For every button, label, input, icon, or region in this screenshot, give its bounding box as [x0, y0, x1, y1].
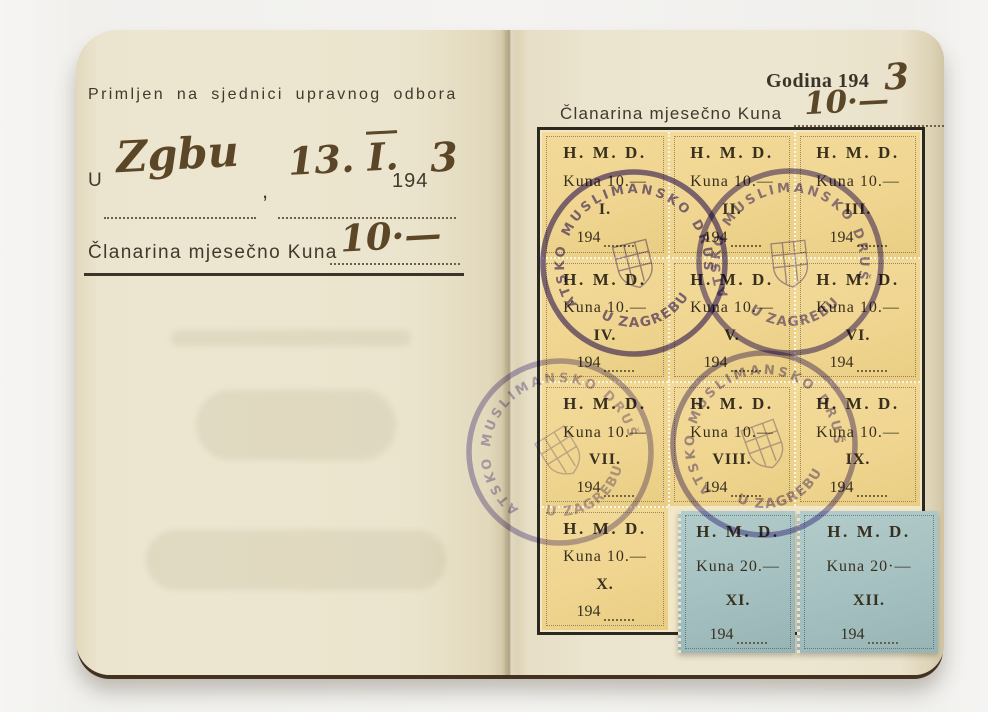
- stamp-org: H. M. D.: [827, 522, 911, 542]
- membership-stamp: H. M. D. Kuna 10.— X. 194: [542, 506, 668, 631]
- stamp-month: I.: [599, 201, 611, 219]
- stamp-year-blank: [604, 357, 634, 372]
- page-showthrough: [171, 330, 411, 346]
- stamp-year: 194: [830, 479, 887, 497]
- stamp-month: V.: [724, 327, 740, 345]
- stamp-month: VI.: [846, 327, 871, 345]
- stamp-fee: Kuna 10.—: [690, 299, 774, 317]
- scanned-booklet-photo: Primljen na sjednici upravnog odbora U Z…: [0, 0, 988, 712]
- received-heading: Primljen na sjednici upravnog odbora: [88, 86, 488, 104]
- stamp-year-prefix: 194: [577, 354, 601, 372]
- stamp-org: H. M. D.: [816, 394, 900, 414]
- stamp-org: H. M. D.: [816, 143, 900, 163]
- handwritten-fee: 10·—: [803, 82, 890, 122]
- printed-year-prefix: 194: [392, 170, 428, 193]
- stamp-org: H. M. D.: [563, 394, 647, 414]
- stamp-year-blank: [731, 232, 761, 247]
- fee-underline: [84, 272, 464, 276]
- stamp-year: 194: [577, 229, 634, 247]
- stamp-fee: Kuna 10.—: [690, 173, 774, 191]
- stamp-year: 194: [704, 229, 761, 247]
- stamp-year-blank: [737, 629, 767, 644]
- stamp-year: 194: [577, 354, 634, 372]
- stamp-year: 194: [577, 603, 634, 621]
- stamp-year: 194: [704, 354, 761, 372]
- membership-booklet: Primljen na sjednici upravnog odbora U Z…: [76, 30, 944, 675]
- stamp-year-prefix: 194: [704, 354, 728, 372]
- stamp-year-blank: [868, 629, 898, 644]
- handwritten-fee: 10·—: [339, 211, 443, 260]
- stamp-fee: Kuna 10.—: [563, 548, 647, 566]
- stamp-year: 194: [704, 479, 761, 497]
- stamp-year-prefix: 194: [710, 626, 734, 644]
- stamp-year: 194: [710, 626, 767, 644]
- fee-dotted-line: [330, 262, 460, 265]
- stamp-year-prefix: 194: [830, 479, 854, 497]
- stamp-org: H. M. D.: [696, 522, 780, 542]
- stamp-fee: Kuna 10.—: [816, 424, 900, 442]
- stamp-fee: Kuna 10.—: [563, 424, 647, 442]
- stamp-org: H. M. D.: [690, 270, 774, 290]
- membership-stamp: H. M. D. Kuna 10.— I. 194: [542, 132, 668, 257]
- stamp-org: H. M. D.: [690, 143, 774, 163]
- membership-stamp: H. M. D. Kuna 10.— III. 194: [794, 132, 920, 257]
- stamp-fee: Kuna 10.—: [563, 173, 647, 191]
- membership-stamp: H. M. D. Kuna 10.— II. 194: [668, 132, 794, 257]
- fee-label: Članarina mjesečno Kuna: [560, 104, 782, 124]
- comma: ,: [262, 178, 268, 204]
- stamp-year-prefix: 194: [577, 603, 601, 621]
- stamp-org: H. M. D.: [563, 143, 647, 163]
- stamp-fee: Kuna 10.—: [816, 299, 900, 317]
- stamp-year-prefix: 194: [704, 229, 728, 247]
- stamp-fee: Kuna 10.—: [816, 173, 900, 191]
- membership-stamp: H. M. D. Kuna 10.— VIII. 194: [668, 381, 794, 506]
- stamp-year-prefix: 194: [841, 626, 865, 644]
- stamp-org: H. M. D.: [563, 519, 647, 539]
- stamp-fee: Kuna 20·—: [827, 558, 912, 576]
- stamp-year-blank: [731, 482, 761, 497]
- stamp-year-blank: [604, 606, 634, 621]
- stamp-org: H. M. D.: [690, 394, 774, 414]
- membership-stamp: H. M. D. Kuna 10.— V. 194: [668, 257, 794, 382]
- stamp-month: IV.: [594, 327, 617, 345]
- place-dotted-line: [104, 216, 256, 219]
- stamp-fee: Kuna 20.—: [696, 558, 780, 576]
- page-showthrough: [196, 390, 396, 460]
- handwritten-date: 13. I.: [287, 133, 400, 184]
- stamp-month: XII.: [853, 592, 885, 610]
- stamp-fee: Kuna 10.—: [563, 299, 647, 317]
- stamp-year: 194: [830, 354, 887, 372]
- date-day: 13.: [287, 135, 355, 183]
- stamp-year-blank: [604, 232, 634, 247]
- membership-stamp: H. M. D. Kuna 10.— VII. 194: [542, 381, 668, 506]
- membership-stamp: H. M. D. Kuna 10.— IX. 194: [794, 381, 920, 506]
- stamp-fee: Kuna 10.—: [690, 424, 774, 442]
- stamp-year: 194: [830, 229, 887, 247]
- stamp-year-prefix: 194: [830, 354, 854, 372]
- stamp-year: 194: [577, 479, 634, 497]
- stamp-year-blank: [857, 357, 887, 372]
- membership-stamp: H. M. D. Kuna 10.— IV. 194: [542, 257, 668, 382]
- stamp-month: IX.: [846, 451, 871, 469]
- stamp-month: VIII.: [712, 451, 751, 469]
- stamp-year-blank: [857, 482, 887, 497]
- stamp-year-blank: [731, 357, 761, 372]
- stamp-year-blank: [857, 232, 887, 247]
- stamp-month: X.: [596, 576, 614, 594]
- stamp-year-prefix: 194: [704, 479, 728, 497]
- handwritten-year-digit: 3: [429, 133, 459, 181]
- place-prefix: U: [88, 170, 103, 192]
- membership-stamp: H. M. D. Kuna 10.— VI. 194: [794, 257, 920, 382]
- fee-label: Članarina mjesečno Kuna: [88, 242, 338, 264]
- membership-stamp: H. M. D. Kuna 20.— XI. 194: [678, 511, 795, 653]
- stamp-month: XI.: [726, 592, 751, 610]
- stamp-month: II.: [722, 201, 741, 219]
- stamp-month: III.: [845, 201, 872, 219]
- stamp-year-blank: [604, 482, 634, 497]
- page-showthrough: [146, 530, 446, 590]
- stamp-org: H. M. D.: [816, 270, 900, 290]
- stamp-year-prefix: 194: [830, 229, 854, 247]
- fold-shadow: [502, 30, 518, 675]
- membership-stamp: H. M. D. Kuna 20·— XII. 194: [797, 511, 938, 653]
- stamp-month: VII.: [589, 451, 621, 469]
- stamp-year-prefix: 194: [577, 229, 601, 247]
- stamp-org: H. M. D.: [563, 270, 647, 290]
- stamp-year: 194: [841, 626, 898, 644]
- stamp-year-prefix: 194: [577, 479, 601, 497]
- handwritten-place: Zgbu: [115, 127, 240, 183]
